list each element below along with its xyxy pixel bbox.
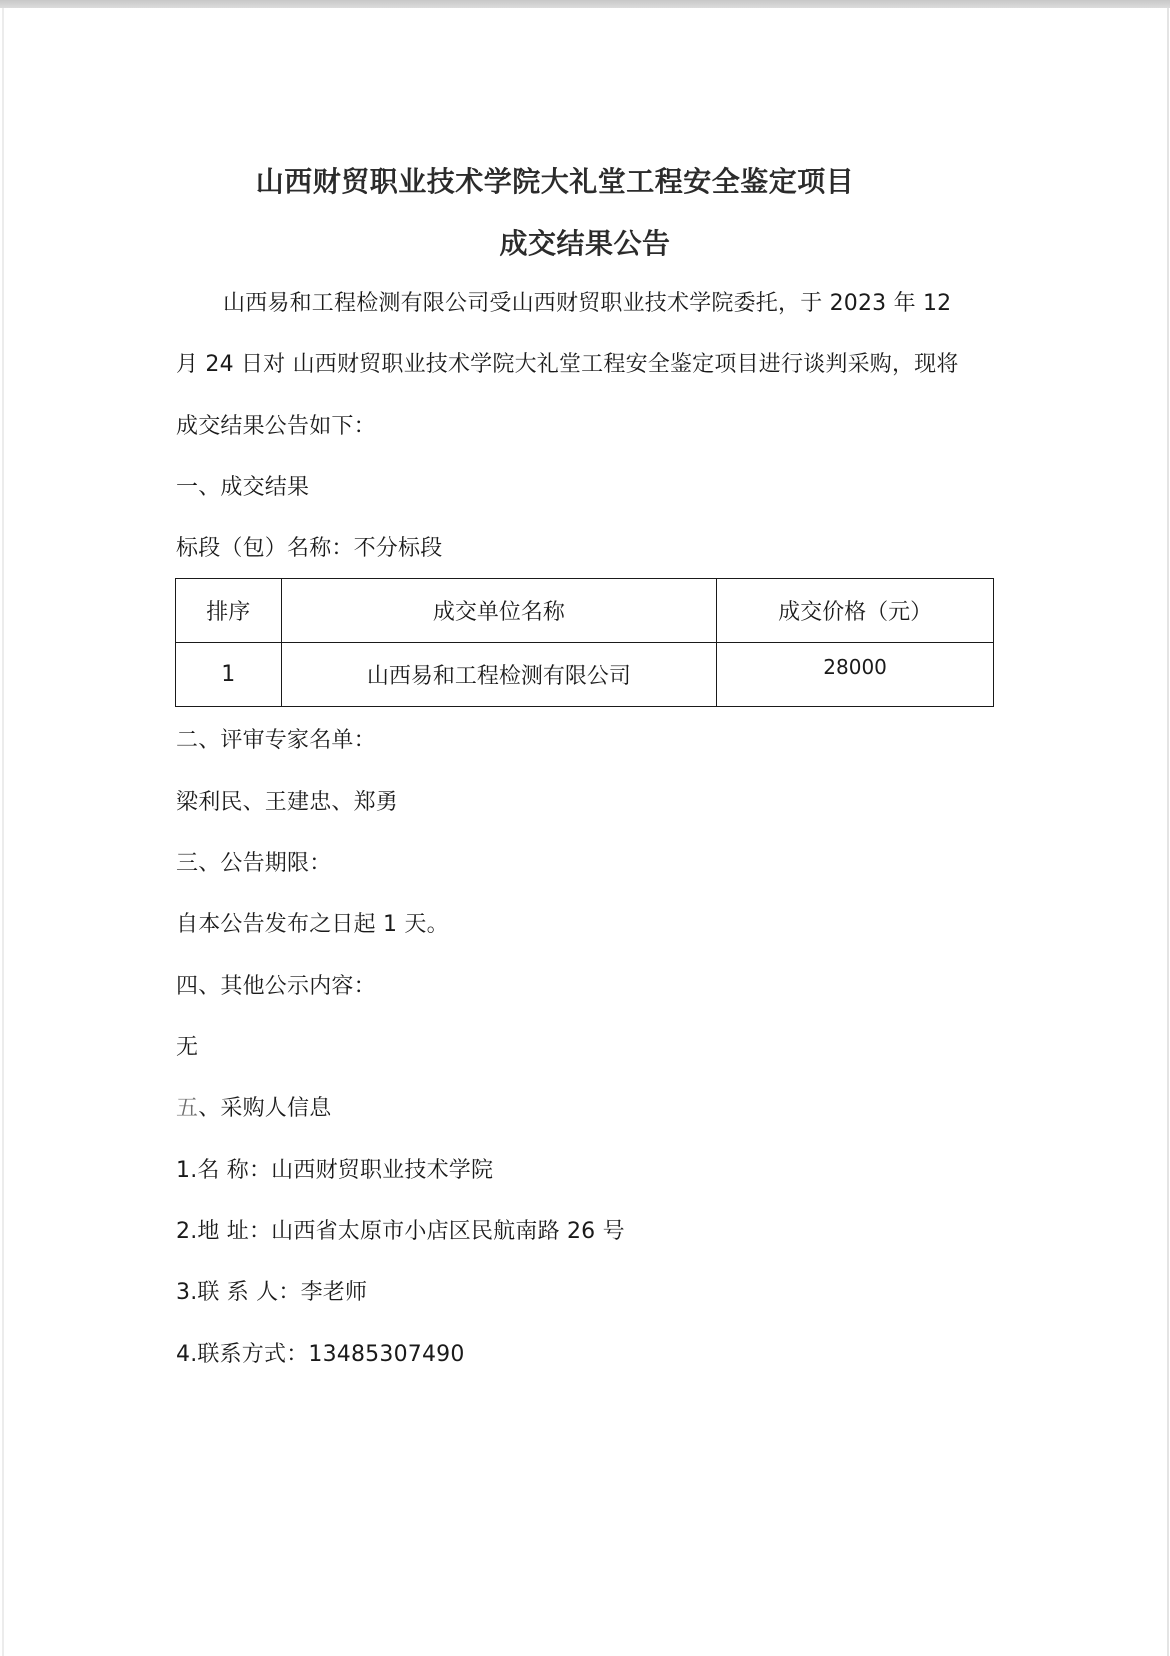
purchaser-address: 2.地 址：山西省太原市小店区民航南路 26 号	[176, 1217, 625, 1247]
price-value: 28000	[717, 655, 993, 679]
notice-period: 自本公告发布之日起 1 天。	[176, 910, 449, 940]
header-price: 成交价格（元）	[717, 579, 994, 643]
section-4-heading: 四、其他公示内容：	[176, 972, 376, 1002]
intro-line-3: 成交结果公告如下：	[176, 412, 376, 442]
top-shadow	[0, 0, 1170, 8]
section-5-heading: 五、采购人信息	[176, 1094, 331, 1124]
expert-list: 梁利民、王建忠、郑勇	[176, 788, 398, 818]
header-rank: 排序	[176, 579, 282, 643]
table-header-row: 排序 成交单位名称 成交价格（元）	[176, 579, 994, 643]
section-3-heading: 三、公告期限：	[176, 849, 331, 879]
section-5-number: 五	[176, 1096, 198, 1121]
intro-line-2: 月 24 日对 山西财贸职业技术学院大礼堂工程安全鉴定项目进行谈判采购，现将	[176, 350, 959, 380]
cell-company: 山西易和工程检测有限公司	[281, 643, 717, 707]
document-title: 山西财贸职业技术学院大礼堂工程安全鉴定项目	[0, 164, 1140, 200]
purchaser-phone: 4.联系方式：13485307490	[176, 1340, 465, 1370]
header-company: 成交单位名称	[281, 579, 717, 643]
section-1-heading: 一、成交结果	[176, 473, 309, 503]
cell-rank: 1	[176, 643, 282, 707]
purchaser-contact: 3.联 系 人：李老师	[176, 1278, 367, 1308]
purchaser-name: 1.名 称：山西财贸职业技术学院	[176, 1156, 493, 1186]
other-content: 无	[176, 1033, 198, 1063]
lot-name-label: 标段（包）名称：不分标段	[176, 534, 442, 564]
intro-line-1: 山西易和工程检测有限公司受山西财贸职业技术学院委托，于 2023 年 12	[223, 289, 951, 319]
result-table: 排序 成交单位名称 成交价格（元） 1 山西易和工程检测有限公司 28000	[175, 578, 994, 707]
table-row: 1 山西易和工程检测有限公司 28000	[176, 643, 994, 707]
section-2-heading: 二、评审专家名单：	[176, 726, 376, 756]
document-subtitle: 成交结果公告	[0, 226, 1170, 262]
section-5-text: 、采购人信息	[198, 1096, 331, 1121]
cell-price: 28000	[717, 643, 994, 707]
